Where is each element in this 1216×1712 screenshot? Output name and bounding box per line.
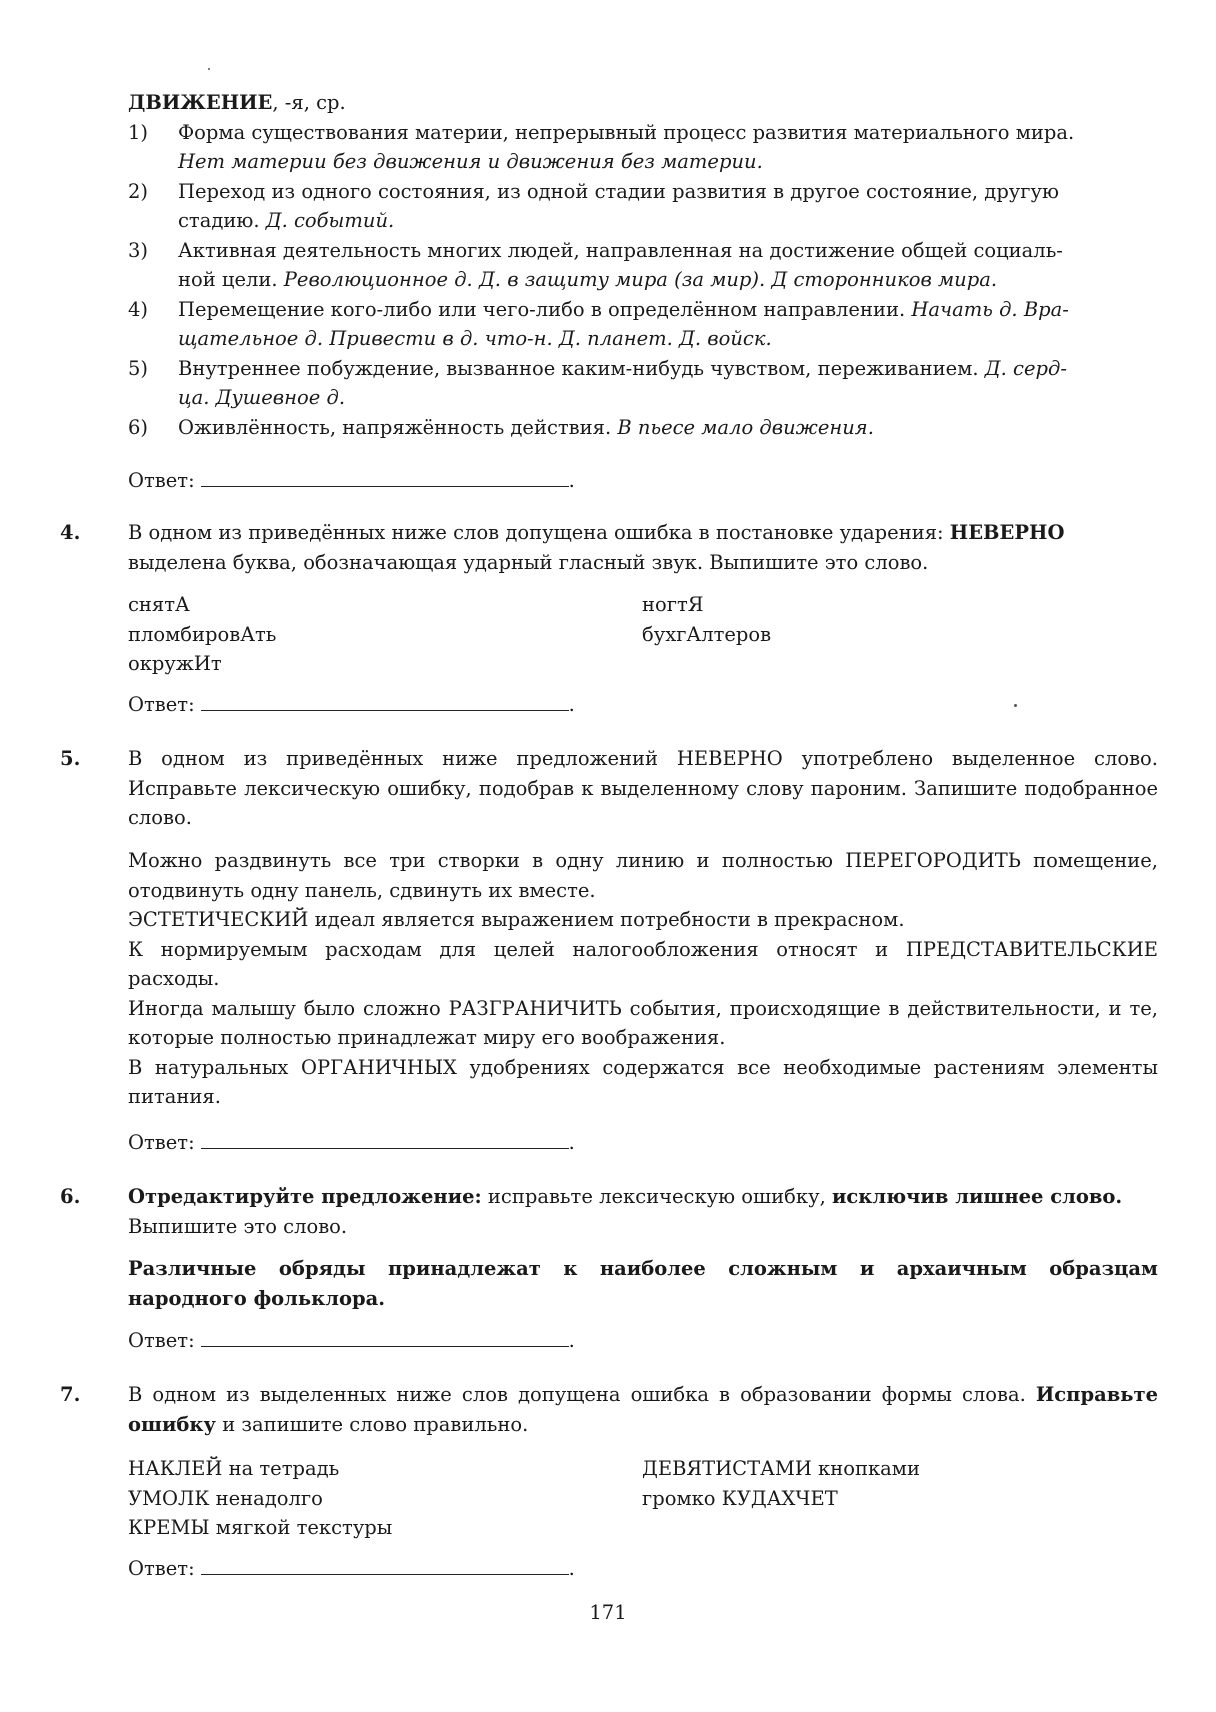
prompt-text: В одном из выделенных ниже слов допущена… [128,1383,1036,1406]
prompt-emphasis: исключив лишнее слово. [832,1185,1122,1208]
meaning-text: Переход из одного состояния, из одной ст… [178,177,1158,207]
answer-dot: . [569,1557,575,1580]
scan-speck [1014,704,1017,707]
meaning-example: Начать д. Вра- [911,298,1068,321]
meaning-example: ца. Душевное д. [178,383,1158,413]
task7-prompt: В одном из выделенных ниже слов допущена… [128,1380,1158,1439]
meaning-text: Форма существования материи, непрерывный… [178,118,1158,148]
grammar-note: , -я, ср. [272,91,345,114]
meaning-text: Перемещение кого-либо или чего-либо в оп… [178,298,911,321]
meaning-5: 5) Внутреннее побуждение, вызванное каки… [128,354,1158,413]
answer-label: Ответ: [128,469,195,492]
answer-label: Ответ: [128,1131,195,1154]
phrase-option: ДЕВЯТИСТАМИ кнопками [642,1454,920,1484]
phrase-option: УМОЛК ненадолго [128,1484,392,1514]
meaning-number: 3) [128,236,148,266]
prompt-text: выделена буква, обозначающая ударный гла… [128,551,928,574]
phrase-option: громко КУДАХЧЕТ [642,1484,920,1514]
task-number: 5. [60,744,80,774]
meaning-3: 3) Активная деятельность многих людей, н… [128,236,1158,295]
meaning-text: стадию. [178,209,266,232]
workbook-page: ДВИЖЕНИЕ, -я, ср. 1) Форма существования… [0,0,1216,1712]
word-option: пломбировАть [128,620,276,650]
meaning-number: 5) [128,354,148,384]
answer-label: Ответ: [128,1329,195,1352]
meaning-example: Д. серд- [985,357,1067,380]
meaning-number: 6) [128,413,148,443]
phrase-option: КРЕМЫ мягкой текстуры [128,1513,392,1543]
answer-field-7[interactable]: Ответ:. [128,1554,575,1584]
prompt-text: и запишите слово правильно. [216,1413,528,1436]
meaning-number: 4) [128,295,148,325]
sentence: ЭСТЕТИЧЕСКИЙ идеал является выражением п… [128,905,1158,935]
meaning-example: щательное д. Привести в д. что-н. Д. пла… [178,324,1158,354]
meaning-example: Д. событий. [266,209,395,232]
task5-prompt: В одном из приведённых ниже предложений … [128,744,1158,833]
answer-dot: . [569,1329,575,1352]
dictionary-entry: ДВИЖЕНИЕ, -я, ср. 1) Форма существования… [128,88,1158,442]
sentence: В натуральных ОРГАНИЧНЫХ удобрениях соде… [128,1053,1158,1112]
prompt-text: В одном из приведённых ниже слов допущен… [128,521,950,544]
headword: ДВИЖЕНИЕ [128,91,272,114]
task-number: 4. [60,518,80,548]
answer-dot: . [569,693,575,716]
task5-sentences: Можно раздвинуть все три створки в одну … [128,846,1158,1112]
task-number: 7. [60,1380,80,1410]
answer-label: Ответ: [128,693,195,716]
prompt-text: Выпишите это слово. [128,1215,347,1238]
word-option: бухгАлтеров [642,620,771,650]
meaning-text: ной цели. [178,268,284,291]
word-option: ногтЯ [642,590,771,620]
answer-blank[interactable] [201,1326,569,1347]
task4-prompt: В одном из приведённых ниже слов допущен… [128,518,1158,577]
task-number: 6. [60,1182,80,1212]
answer-blank[interactable] [201,1128,569,1149]
phrase-option: НАКЛЕЙ на тетрадь [128,1454,392,1484]
meaning-example: Революционное д. Д. в защиту мира (за ми… [284,268,997,291]
meaning-number: 1) [128,118,148,148]
meaning-4: 4) Перемещение кого-либо или чего-либо в… [128,295,1158,354]
prompt-emphasis: Отредактируйте предложение: [128,1185,482,1208]
sentence: Иногда малышу было сложно РАЗГРАНИЧИТЬ с… [128,994,1158,1053]
entry-heading: ДВИЖЕНИЕ, -я, ср. [128,88,1158,118]
prompt-emphasis: НЕВЕРНО [950,521,1065,544]
meaning-text: Активная деятельность многих людей, напр… [178,236,1158,266]
answer-dot: . [569,1131,575,1154]
task6-prompt: Отредактируйте предложение: исправьте ле… [128,1182,1158,1241]
task6-sentence: Различные обряды принадлежат к наиболее … [128,1254,1158,1313]
answer-blank[interactable] [201,1554,569,1575]
meaning-example: Нет материи без движения и движения без … [178,147,1158,177]
sentence: Можно раздвинуть все три створки в одну … [128,846,1158,905]
answer-field-3[interactable]: Ответ:. [128,466,575,496]
meaning-1: 1) Форма существования материи, непрерыв… [128,118,1158,177]
answer-blank[interactable] [201,690,569,711]
word-option: снятА [128,590,276,620]
answer-field-5[interactable]: Ответ:. [128,1128,575,1158]
answer-blank[interactable] [201,466,569,487]
page-number: 171 [0,1598,1216,1628]
word-option: окружИт [128,649,276,679]
sentence: К нормируемым расходам для целей налогоо… [128,935,1158,994]
meaning-text: Внутреннее побуждение, вызванное каким-н… [178,357,985,380]
meaning-6: 6) Оживлённость, напряжённость действия.… [128,413,1158,443]
answer-label: Ответ: [128,1557,195,1580]
meaning-text: Оживлённость, напряжённость действия. [178,416,617,439]
prompt-text: исправьте лексическую ошибку, [482,1185,832,1208]
answer-field-4[interactable]: Ответ:. [128,690,575,720]
meaning-2: 2) Переход из одного состояния, из одной… [128,177,1158,236]
scan-speck [208,68,210,70]
meaning-example: В пьесе мало движения. [617,416,874,439]
meaning-number: 2) [128,177,148,207]
answer-dot: . [569,469,575,492]
answer-field-6[interactable]: Ответ:. [128,1326,575,1356]
